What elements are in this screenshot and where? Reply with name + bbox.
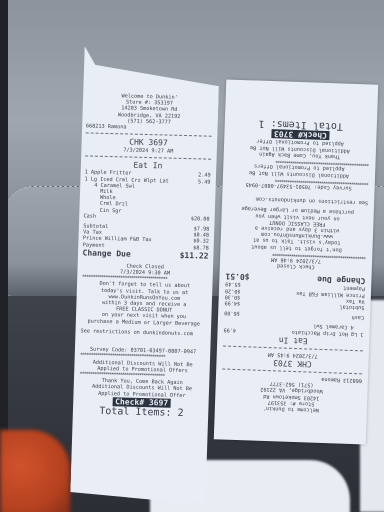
receipt-left: Welcome to Dunkin' Store #: 353197 14203… (70, 46, 220, 504)
orange-cup (0, 430, 70, 512)
total-items: Total Items: 2 (78, 405, 204, 420)
survey-promo: Don't forget to tell us about today's vi… (226, 205, 367, 253)
receipt-right: Welcome to Dunkin' Store #: 353197 14203… (214, 79, 378, 444)
store-header: Welcome to Dunkin' Store #: 353197 14203… (86, 92, 213, 126)
store-header: Welcome to Dunkin' Store #: 353197 14203… (221, 378, 362, 414)
survey-promo: Don't forget to tell us about today's vi… (81, 281, 208, 328)
